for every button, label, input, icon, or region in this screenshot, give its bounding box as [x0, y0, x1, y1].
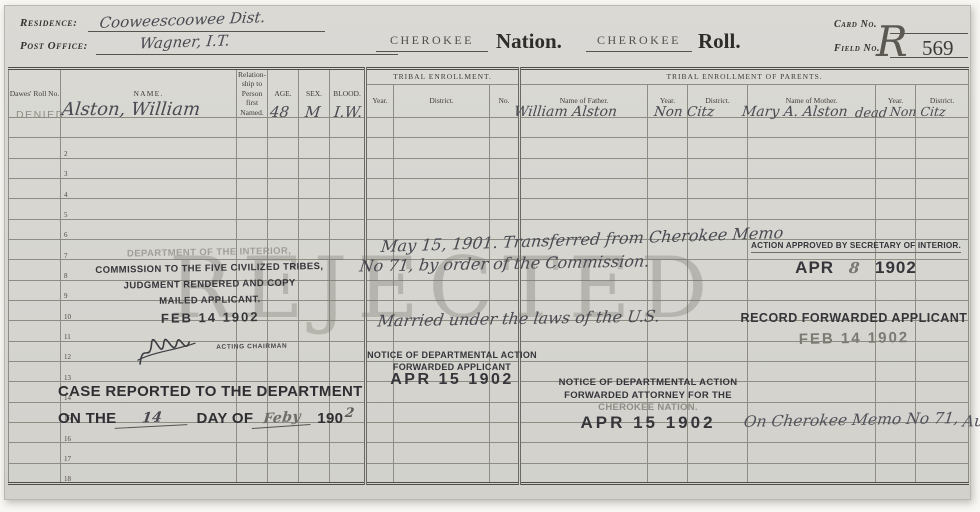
- table-cell: [299, 138, 330, 158]
- field-no-value: 569: [922, 36, 954, 61]
- record-forwarded-date: FEB 14 1902: [738, 328, 970, 349]
- table-cell: [490, 199, 520, 219]
- enrollment-card: Residence: Cooweescoowee Dist. Post Offi…: [4, 5, 971, 500]
- table-cell: [648, 138, 688, 158]
- table-cell: [520, 138, 648, 158]
- notice-attorney-date: APR 15 1902: [546, 417, 750, 430]
- table-cell: [9, 423, 61, 443]
- table-cell: [237, 158, 268, 178]
- row1-blood-value: I.W.: [333, 103, 363, 121]
- case-month-value: Feby: [252, 408, 312, 429]
- table-cell: 4: [61, 178, 237, 198]
- table-cell: [876, 158, 916, 178]
- table-row-1: [9, 117, 969, 137]
- case-day-of-label: DAY OF: [196, 410, 253, 427]
- nation-title: Nation.: [496, 29, 562, 54]
- table-cell: [688, 199, 748, 219]
- table-cell: [9, 219, 61, 239]
- table-cell: [366, 178, 394, 198]
- secretary-stamp: ACTION APPROVED BY SECRETARY OF INTERIOR…: [742, 235, 970, 278]
- table-cell: [299, 199, 330, 219]
- table-cell: [237, 178, 268, 198]
- table-cell: [490, 158, 520, 178]
- table-cell: [748, 443, 876, 463]
- table-cell: [520, 443, 648, 463]
- row-number: 6: [61, 231, 68, 239]
- table-cell: [876, 382, 916, 402]
- right-note-line1: On Cherokee Memo No 71,: [742, 407, 960, 434]
- table-cell: [916, 443, 969, 463]
- table-cell: [268, 138, 299, 158]
- table-cell: [237, 362, 268, 382]
- table-cell: [299, 158, 330, 178]
- row-number: 3: [61, 170, 68, 178]
- notice-applicant-line1: NOTICE OF DEPARTMENTAL ACTION: [352, 349, 552, 361]
- table-cell: [394, 138, 490, 158]
- table-cell: [330, 138, 366, 158]
- row1-name-value: Alston, William: [61, 99, 201, 120]
- residence-label: Residence:: [20, 17, 77, 29]
- table-cell: [299, 463, 330, 483]
- table-cell: [268, 443, 299, 463]
- table-cell: [9, 443, 61, 463]
- table-cell: [688, 463, 748, 483]
- table-cell: [748, 463, 876, 483]
- signature-icon: [132, 325, 214, 369]
- case-reported-line1: CASE REPORTED TO THE DEPARTMENT: [58, 383, 364, 400]
- table-cell: 3: [61, 158, 237, 178]
- table-cell: [366, 443, 394, 463]
- table-cell: [9, 402, 61, 422]
- table-cell: [9, 362, 61, 382]
- case-reported-line2: ON THE 14 DAY OF Feby 190 2: [58, 410, 364, 427]
- table-cell: [648, 117, 688, 137]
- table-cell: [268, 158, 299, 178]
- table-cell: [648, 463, 688, 483]
- table-cell: [9, 199, 61, 219]
- row-number: 13: [61, 374, 71, 382]
- table-cell: [268, 362, 299, 382]
- table-cell: [916, 463, 969, 483]
- row1-mother-district-value: Non Citz: [889, 104, 946, 119]
- row-number: 17: [61, 455, 71, 463]
- table-cell: [394, 443, 490, 463]
- table-cell: [9, 280, 61, 300]
- table-cell: [490, 117, 520, 137]
- roll-title: Roll.: [698, 29, 741, 54]
- row-number: 18: [61, 475, 71, 483]
- case-day-value: 14: [115, 408, 190, 429]
- interior-stamp: DEPARTMENT OF THE INTERIOR, COMMISSION T…: [61, 242, 359, 364]
- table-cell: [520, 117, 648, 137]
- table-cell: [748, 158, 876, 178]
- table-cell: [490, 443, 520, 463]
- col-group-parents: TRIBAL ENROLLMENT OF PARENTS.: [520, 69, 969, 85]
- post-office-value: Wagner, I.T.: [139, 31, 231, 52]
- table-cell: [520, 158, 648, 178]
- table-cell: [237, 138, 268, 158]
- table-cell: [394, 199, 490, 219]
- table-cell: [9, 158, 61, 178]
- table-cell: [520, 178, 648, 198]
- table-cell: [268, 219, 299, 239]
- card-no-label: Card No.: [834, 19, 877, 30]
- table-cell: [648, 178, 688, 198]
- table-cell: [330, 463, 366, 483]
- row1-father-name-value: William Alston: [513, 104, 618, 120]
- secretary-line1: ACTION APPROVED BY SECRETARY OF INTERIOR…: [751, 241, 961, 253]
- notice-applicant-stamp: NOTICE OF DEPARTMENTAL ACTION FORWARDED …: [352, 349, 552, 386]
- table-cell: [520, 463, 648, 483]
- signature-title: ACTING CHAIRMAN: [216, 339, 287, 356]
- table-cell: [237, 219, 268, 239]
- notice-applicant-date: APR 15 1902: [352, 374, 552, 386]
- table-cell: [490, 138, 520, 158]
- table-cell: [916, 117, 969, 137]
- table-cell: 18: [61, 463, 237, 483]
- secretary-date-year: 1902: [875, 258, 917, 277]
- row1-mother-year-value: dead: [854, 106, 888, 121]
- table-cell: [330, 219, 366, 239]
- table-cell: [490, 402, 520, 422]
- table-cell: [394, 463, 490, 483]
- notice-attorney-line1: NOTICE OF DEPARTMENTAL ACTION: [546, 377, 750, 390]
- table-cell: [366, 423, 394, 443]
- table-cell: [916, 280, 969, 300]
- denied-stamp: DENIED: [16, 109, 65, 121]
- signature-row: ACTING CHAIRMAN: [62, 325, 359, 364]
- table-cell: [299, 362, 330, 382]
- case-year-label: 190: [317, 410, 343, 427]
- table-cell: [748, 382, 876, 402]
- table-cell: [394, 178, 490, 198]
- right-note-line2: Aug 31, 1900. On this: [961, 408, 980, 434]
- case-on-the-label: ON THE: [58, 410, 116, 427]
- row-number: 4: [61, 191, 68, 199]
- table-cell: [9, 463, 61, 483]
- table-cell: [648, 443, 688, 463]
- table-cell: [688, 117, 748, 137]
- table-cell: [490, 423, 520, 443]
- row-number: 5: [61, 211, 68, 219]
- table-cell: [237, 117, 268, 137]
- table-cell: 2: [61, 138, 237, 158]
- secretary-date: APR 8 1902: [742, 258, 970, 278]
- table-cell: [748, 178, 876, 198]
- table-cell: [366, 117, 394, 137]
- table-cell: [648, 341, 688, 361]
- table-cell: [648, 199, 688, 219]
- table-row: 3: [9, 158, 969, 178]
- table-cell: [876, 178, 916, 198]
- table-cell: [268, 199, 299, 219]
- case-reported-stamp: CASE REPORTED TO THE DEPARTMENT ON THE 1…: [58, 383, 364, 427]
- record-forwarded-stamp: RECORD FORWARDED APPLICANT FEB 14 1902: [738, 311, 970, 347]
- roll-stamp: CHEROKEE: [586, 33, 692, 52]
- table-row: 17: [9, 443, 969, 463]
- table-row: 2: [9, 138, 969, 158]
- table-cell: [299, 443, 330, 463]
- table-cell: [876, 280, 916, 300]
- table-cell: [9, 178, 61, 198]
- table-cell: [490, 463, 520, 483]
- table-cell: [748, 138, 876, 158]
- table-cell: [394, 158, 490, 178]
- table-cell: [366, 463, 394, 483]
- table-cell: [394, 402, 490, 422]
- secretary-date-day: 8: [848, 259, 861, 277]
- row1-father-district-value: Non Citz: [653, 104, 715, 120]
- table-cell: [648, 158, 688, 178]
- table-cell: [9, 138, 61, 158]
- col-header-relationship: Relation- ship to Person first Named.: [237, 69, 268, 118]
- col-group-tribal-enrollment: TRIBAL ENROLLMENT.: [366, 69, 520, 85]
- table-cell: [748, 199, 876, 219]
- table-cell: [366, 158, 394, 178]
- table-cell: [61, 117, 237, 137]
- table-cell: [748, 280, 876, 300]
- secretary-date-month: APR: [795, 258, 834, 277]
- row-number: 2: [61, 150, 68, 158]
- table-cell: [688, 158, 748, 178]
- table-cell: [299, 219, 330, 239]
- field-no-stamp-letter: R: [876, 17, 908, 66]
- table-cell: [916, 138, 969, 158]
- table-cell: [916, 158, 969, 178]
- case-year-digit-value: 2: [344, 406, 355, 421]
- table-cell: [688, 443, 748, 463]
- table-cell: [688, 138, 748, 158]
- table-row: 18: [9, 463, 969, 483]
- table-cell: [237, 443, 268, 463]
- table-cell: [330, 178, 366, 198]
- table-cell: [688, 178, 748, 198]
- table-cell: [916, 362, 969, 382]
- table-cell: [9, 260, 61, 280]
- table-cell: [520, 199, 648, 219]
- col-header-te-district: District.: [394, 85, 490, 118]
- table-cell: [330, 158, 366, 178]
- record-forwarded-line1: RECORD FORWARDED APPLICANT: [738, 311, 970, 325]
- table-cell: [394, 117, 490, 137]
- table-cell: [237, 463, 268, 483]
- table-cell: [9, 382, 61, 402]
- table-row: 5: [9, 199, 969, 219]
- table-cell: [490, 178, 520, 198]
- row1-mother-name-value: Mary A. Alston: [741, 104, 848, 120]
- field-no-label: Field No.: [834, 43, 880, 54]
- table-cell: [876, 199, 916, 219]
- table-cell: [748, 362, 876, 382]
- table-cell: [366, 199, 394, 219]
- col-header-te-year: Year.: [366, 85, 394, 118]
- row1-sex-value: M: [304, 103, 321, 121]
- table-cell: 17: [61, 443, 237, 463]
- table-cell: [876, 362, 916, 382]
- notice-attorney-line2: FORWARDED ATTORNEY FOR THE: [546, 390, 750, 403]
- table-cell: 6: [61, 219, 237, 239]
- table-cell: [237, 199, 268, 219]
- table-cell: [876, 443, 916, 463]
- table-cell: [9, 300, 61, 320]
- table-cell: [330, 443, 366, 463]
- table-cell: [9, 321, 61, 341]
- table-cell: [366, 138, 394, 158]
- row-number: 16: [61, 435, 71, 443]
- right-notes: On Cherokee Memo No 71, Aug 31, 1900. On…: [744, 409, 980, 433]
- row1-age-value: 48: [269, 103, 290, 121]
- table-cell: 5: [61, 199, 237, 219]
- table-cell: [268, 178, 299, 198]
- table-cell: [9, 239, 61, 259]
- table-cell: [916, 382, 969, 402]
- notice-attorney-stamp: NOTICE OF DEPARTMENTAL ACTION FORWARDED …: [546, 377, 750, 429]
- post-office-label: Post Office:: [20, 40, 88, 52]
- table-cell: [916, 178, 969, 198]
- nation-stamp: CHEROKEE: [376, 33, 488, 52]
- table-row: 4: [9, 178, 969, 198]
- table-cell: [9, 341, 61, 361]
- table-cell: [916, 199, 969, 219]
- table-cell: [268, 463, 299, 483]
- table-cell: [394, 423, 490, 443]
- table-cell: [876, 463, 916, 483]
- table-cell: [299, 178, 330, 198]
- table-cell: [876, 138, 916, 158]
- table-cell: [330, 199, 366, 219]
- table-cell: [366, 402, 394, 422]
